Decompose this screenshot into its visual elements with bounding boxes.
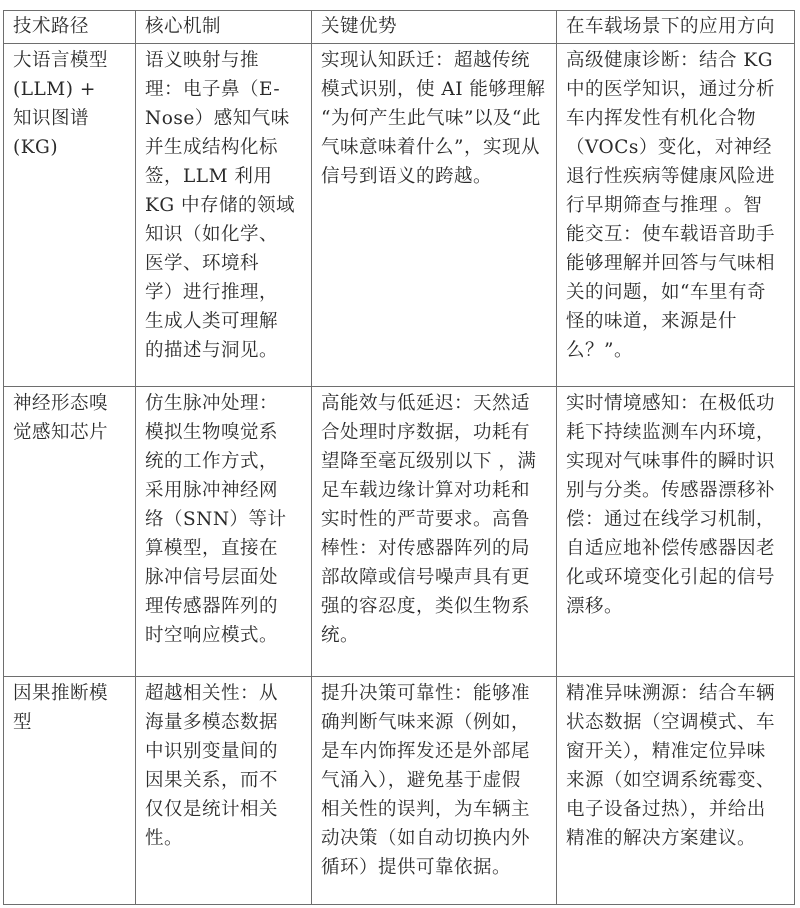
table-row: 神经形态嗅 觉感知芯片 仿生脉冲处理： 模拟生物嗅觉系 统的工作方式， 采用脉冲… — [4, 387, 795, 677]
cell-core-mechanism: 语义映射与推 理：电子鼻（E- Nose）感知气味 并生成结构化标 签，LLM … — [136, 44, 312, 387]
cell-tech-path: 神经形态嗅 觉感知芯片 — [4, 387, 136, 677]
header-tech-path: 技术路径 — [4, 11, 136, 44]
cell-core-mechanism: 超越相关性：从 海量多模态数据 中识别变量间的 因果关系，而不 仅仅是统计相关 … — [136, 677, 312, 905]
cell-key-advantage: 提升决策可靠性：能够准 确判断气味来源（例如， 是车内饰挥发还是外部尾 气涌入）… — [312, 677, 557, 905]
cell-text: 语义映射与推 理：电子鼻（E- Nose）感知气味 并生成结构化标 签，LLM … — [145, 46, 305, 365]
table-row: 大语言模型 (LLM) + 知识图谱 (KG) 语义映射与推 理：电子鼻（E- … — [4, 44, 795, 387]
cell-vehicle-application: 精准异味溯源：结合车辆 状态数据（空调模式、车 窗开关），精准定位异味 来源（如… — [557, 677, 795, 905]
header-core-mechanism: 核心机制 — [136, 11, 312, 44]
cell-core-mechanism: 仿生脉冲处理： 模拟生物嗅觉系 统的工作方式， 采用脉冲神经网 络（SNN）等计… — [136, 387, 312, 677]
cell-tech-path: 大语言模型 (LLM) + 知识图谱 (KG) — [4, 44, 136, 387]
cell-text: 提升决策可靠性：能够准 确判断气味来源（例如， 是车内饰挥发还是外部尾 气涌入）… — [321, 679, 550, 882]
header-vehicle-application: 在车载场景下的应用方向 — [557, 11, 795, 44]
cell-key-advantage: 高能效与低延迟：天然适 合处理时序数据，功耗有 望降至毫瓦级别以下 ，满 足车载… — [312, 387, 557, 677]
cell-vehicle-application: 实时情境感知：在极低功 耗下持续监测车内环境， 实现对气味事件的瞬时识 别与分类… — [557, 387, 795, 677]
cell-text: 高级健康诊断：结合 KG 中的医学知识，通过分析 车内挥发性有机化合物 （VOC… — [566, 46, 788, 365]
cell-text: 仿生脉冲处理： 模拟生物嗅觉系 统的工作方式， 采用脉冲神经网 络（SNN）等计… — [145, 389, 305, 650]
cell-text: 实现认知跃迁：超越传统 模式识别，使 AI 能够理解 “为何产生此气味”以及“此… — [321, 46, 550, 191]
header-key-advantage: 关键优势 — [312, 11, 557, 44]
cell-text: 超越相关性：从 海量多模态数据 中识别变量间的 因果关系，而不 仅仅是统计相关 … — [145, 679, 305, 853]
cell-text: 大语言模型 (LLM) + 知识图谱 (KG) — [13, 46, 129, 162]
cell-text: 精准异味溯源：结合车辆 状态数据（空调模式、车 窗开关），精准定位异味 来源（如… — [566, 679, 788, 853]
table-body: 大语言模型 (LLM) + 知识图谱 (KG) 语义映射与推 理：电子鼻（E- … — [4, 44, 795, 905]
cell-text: 实时情境感知：在极低功 耗下持续监测车内环境， 实现对气味事件的瞬时识 别与分类… — [566, 389, 788, 621]
tech-comparison-table: 技术路径 核心机制 关键优势 在车载场景下的应用方向 大语言模型 (LLM) +… — [3, 10, 795, 905]
header-row: 技术路径 核心机制 关键优势 在车载场景下的应用方向 — [4, 11, 795, 44]
table-row: 因果推断模 型 超越相关性：从 海量多模态数据 中识别变量间的 因果关系，而不 … — [4, 677, 795, 905]
cell-text: 因果推断模 型 — [13, 679, 129, 737]
cell-key-advantage: 实现认知跃迁：超越传统 模式识别，使 AI 能够理解 “为何产生此气味”以及“此… — [312, 44, 557, 387]
cell-tech-path: 因果推断模 型 — [4, 677, 136, 905]
cell-text: 高能效与低延迟：天然适 合处理时序数据，功耗有 望降至毫瓦级别以下 ，满 足车载… — [321, 389, 550, 650]
cell-vehicle-application: 高级健康诊断：结合 KG 中的医学知识，通过分析 车内挥发性有机化合物 （VOC… — [557, 44, 795, 387]
table-header: 技术路径 核心机制 关键优势 在车载场景下的应用方向 — [4, 11, 795, 44]
cell-text: 神经形态嗅 觉感知芯片 — [13, 389, 129, 447]
